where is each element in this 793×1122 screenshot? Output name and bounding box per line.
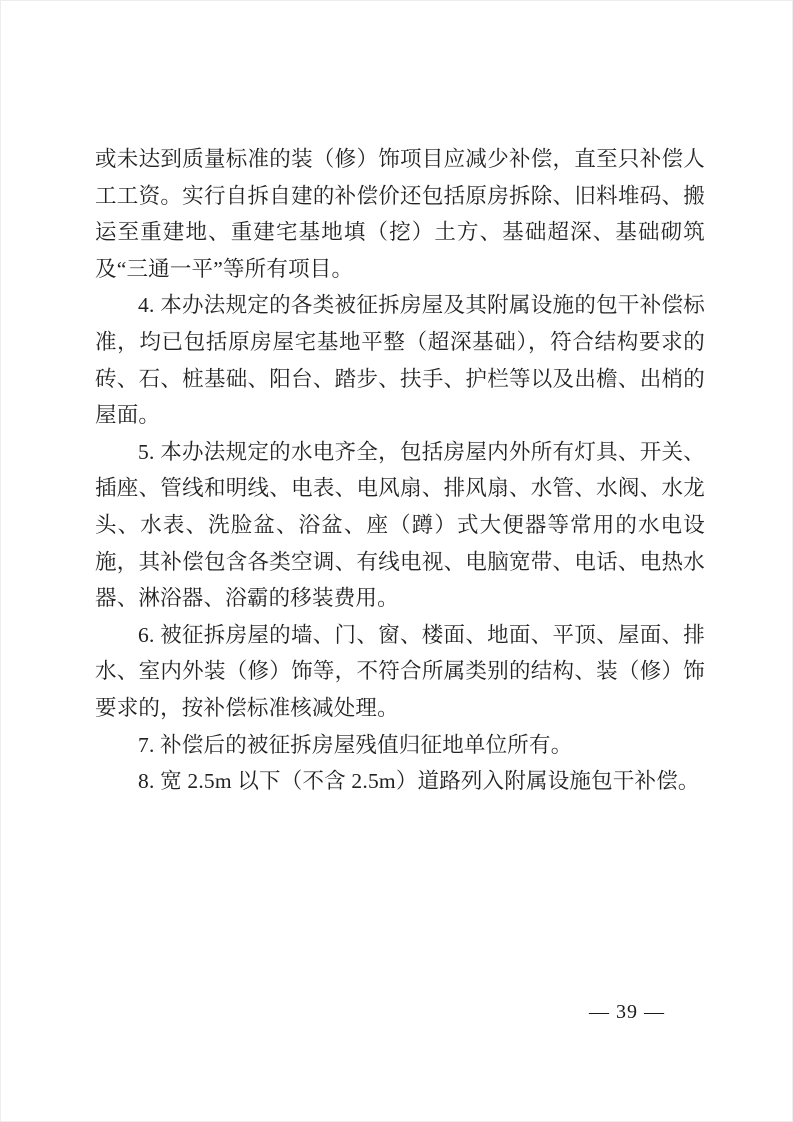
paragraph-item-7: 7. 补偿后的被征拆房屋残值归征地单位所有。 (95, 727, 705, 764)
document-page: 或未达到质量标准的装（修）饰项目应减少补偿，直至只补偿人工工资。实行自拆自建的补… (0, 0, 793, 1122)
paragraph-item-4: 4. 本办法规定的各类被征拆房屋及其附属设施的包干补偿标准，均已包括原房屋宅基地… (95, 287, 705, 433)
paragraph-continuation: 或未达到质量标准的装（修）饰项目应减少补偿，直至只补偿人工工资。实行自拆自建的补… (95, 141, 705, 287)
paragraph-item-5: 5. 本办法规定的水电齐全，包括房屋内外所有灯具、开关、插座、管线和明线、电表、… (95, 434, 705, 617)
page-number: — 39 — (589, 1000, 679, 1024)
paragraph-item-6: 6. 被征拆房屋的墙、门、窗、楼面、地面、平顶、屋面、排水、室内外装（修）饰等，… (95, 617, 705, 727)
paragraph-item-8: 8. 宽 2.5m 以下（不含 2.5m）道路列入附属设施包干补偿。 (95, 763, 705, 800)
document-body: 或未达到质量标准的装（修）饰项目应减少补偿，直至只补偿人工工资。实行自拆自建的补… (95, 141, 705, 800)
